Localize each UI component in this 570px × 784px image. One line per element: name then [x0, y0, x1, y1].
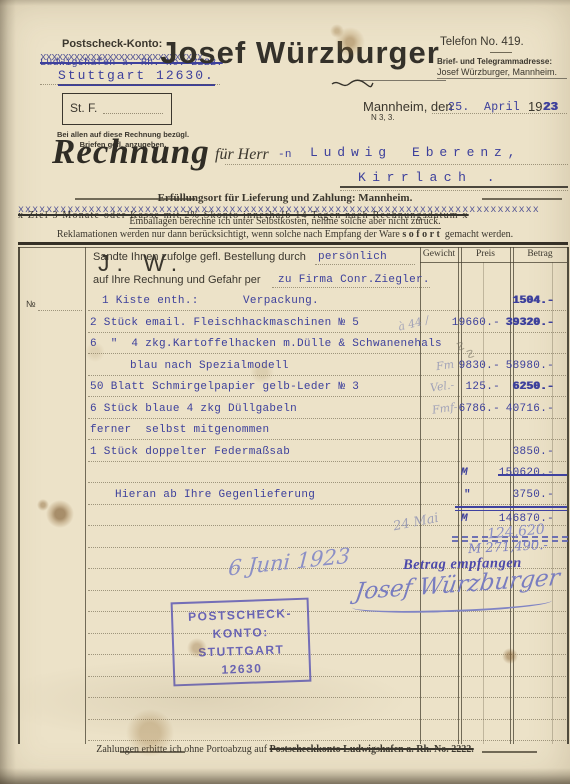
intro2-typed: zu Firma Conr.Ziegler. — [278, 274, 430, 286]
rule — [340, 186, 568, 188]
currency-mark: M — [461, 513, 468, 525]
table-row: 6 Stück blaue 4 zkg Düllgabeln Fmf- 6786… — [0, 403, 570, 423]
row-betrag: 40716.- — [468, 403, 554, 415]
rule — [432, 113, 567, 114]
rule — [340, 190, 568, 191]
reklamation-post: gemacht werden. — [445, 229, 513, 240]
row-betrag: 150620.- — [468, 467, 554, 479]
row-desc: 1 Stück doppelter Federmaßsab — [90, 446, 290, 458]
stamp-line1: POSTSCHECK-KONTO: — [188, 606, 292, 641]
intro1-typed: persönlich — [318, 251, 387, 263]
intro2-printed: auf Ihre Rechnung und Gefahr per — [93, 274, 261, 286]
rule — [482, 751, 537, 753]
col-header-betrag: Betrag — [513, 249, 567, 259]
table-row: 24 Mai M 146870.- — [0, 513, 570, 533]
company-name: Josef Würzburger — [150, 35, 450, 71]
stf-box: St. F. — [62, 93, 172, 125]
rule — [315, 264, 415, 265]
row-betrag: 6250.- — [468, 381, 554, 393]
table-row: 1 Stück doppelter Federmaßsab 3850.- — [0, 446, 570, 466]
col-header-preis: Preis — [461, 249, 510, 259]
table-row: M 150620.- — [0, 467, 570, 487]
row-rule — [88, 654, 566, 655]
reklamation-em: sofort — [402, 229, 442, 240]
stf-label: St. F. — [70, 101, 97, 115]
rule — [490, 52, 512, 53]
table-row: 6 " 4 zkg.Kartoffelhacken m.Dülle & Schw… — [0, 338, 570, 358]
row-rule — [88, 633, 566, 634]
rule — [482, 198, 562, 200]
place-date-label: Mannheim, den — [363, 99, 453, 114]
stamp-line2: STUTTGART 12630 — [198, 642, 285, 676]
row-betrag: 3850.- — [468, 446, 554, 458]
col-header-gewicht: Gewicht — [420, 249, 458, 259]
emballagen-line: Emballagen berechne ich unter Selbstkost… — [0, 216, 570, 227]
row-desc: 2 Stück email. Fleischhackmaschinen № 5 — [90, 317, 359, 329]
row-desc: 6 Stück blaue 4 zkg Düllgabeln — [90, 403, 297, 415]
rule — [225, 164, 568, 165]
for-label: für Herr — [215, 146, 269, 164]
telegram-label: Brief- und Telegrammadresse: — [437, 57, 567, 66]
for-n: -n — [278, 149, 292, 161]
row-desc: 1 Kiste enth.: — [102, 295, 199, 307]
year-typed: 23 — [543, 100, 558, 114]
table-row: 1 Kiste enth.: Verpackung. 1504.- — [0, 295, 570, 315]
invoice-page: Postscheck-Konto: Ludwigshafen a. Rh. No… — [0, 0, 570, 784]
emballagen-text: Emballagen berechne ich unter Selbstkost… — [129, 216, 440, 229]
row-rule — [88, 740, 566, 741]
stf-fill-line — [103, 100, 163, 114]
row-rule — [88, 719, 566, 720]
row-betrag: 58980.- — [468, 360, 554, 372]
place-label: Mannheim, den — [363, 99, 453, 114]
footer-prefix: Zahlungen erbitte ich ohne Portoabzug au… — [96, 744, 267, 755]
table-row: 2 Stück email. Fleischhackmaschinen № 5 … — [0, 317, 570, 337]
row-desc: ferner selbst mitgenommen — [90, 424, 269, 436]
row-desc: 50 Blatt Schmirgelpapier gelb-Leder № 3 — [90, 381, 359, 393]
row-desc2: Verpackung. — [243, 295, 319, 307]
row-rule — [88, 611, 566, 612]
row-rule — [88, 676, 566, 677]
reklamation-line: Reklamationen werden nur dann berücksich… — [0, 229, 570, 240]
invoice-title: Rechnung — [52, 132, 210, 172]
rule — [272, 287, 430, 288]
row-betrag: 39320.- — [468, 317, 554, 329]
intro1-printed: Sandte Ihnen zufolge gefl. Bestellung du… — [93, 251, 306, 263]
total-rule — [455, 506, 567, 508]
col-header-rule — [420, 262, 567, 263]
telegram-value: Josef Würzburger, Mannheim. — [437, 67, 567, 79]
currency-mark: M — [461, 467, 468, 479]
row-betrag: 3750.- — [468, 489, 554, 501]
row-desc: blau nach Spezialmodell — [130, 360, 289, 372]
postscheck-stamp: POSTSCHECK-KONTO: STUTTGART 12630 — [171, 598, 312, 687]
address-sub: N 3, 3. — [371, 113, 395, 122]
reklamation-pre: Reklamationen werden nur dann berücksich… — [57, 229, 400, 240]
hand-date: 6 Juni 1923 — [227, 543, 350, 580]
flourish-icon — [330, 76, 374, 94]
postscheck-label: Postscheck-Konto: — [62, 38, 162, 50]
table-top-rule-thin — [18, 247, 568, 248]
recipient-name: Ludwig Eberenz, — [310, 145, 521, 160]
table-row: ferner selbst mitgenommen — [0, 424, 570, 444]
table-top-rule — [18, 242, 568, 245]
row-desc: 6 " 4 zkg.Kartoffelhacken m.Dülle & Schw… — [90, 338, 442, 350]
footer-line: Zahlungen erbitte ich ohne Portoabzug au… — [0, 744, 570, 755]
table-row: blau nach Spezialmodell Fm 9830.- 58980.… — [0, 360, 570, 380]
rule — [40, 84, 220, 85]
total-rule — [455, 510, 567, 512]
hand-date-note: 24 Mai — [392, 511, 440, 534]
table-row: 50 Blatt Schmirgelpapier gelb-Leder № 3 … — [0, 381, 570, 401]
row-desc: Hieran ab Ihre Gegenlieferung — [115, 489, 315, 501]
row-rule — [88, 697, 566, 698]
footer-struck: Postscheckkonto Ludwigshafen a. Rh. No. … — [270, 744, 474, 755]
row-betrag: 1504.- — [468, 295, 554, 307]
terms-overstrike: xxxxxxxxxxxxxxxxxxxxxxxxxxxxxxxxxxxxxxxx… — [18, 205, 552, 216]
rule — [356, 80, 446, 81]
year-prefix: 19 — [528, 99, 542, 114]
telefon: Telefon No. 419. — [440, 36, 565, 48]
recipient-city: Kirrlach . — [358, 170, 501, 185]
